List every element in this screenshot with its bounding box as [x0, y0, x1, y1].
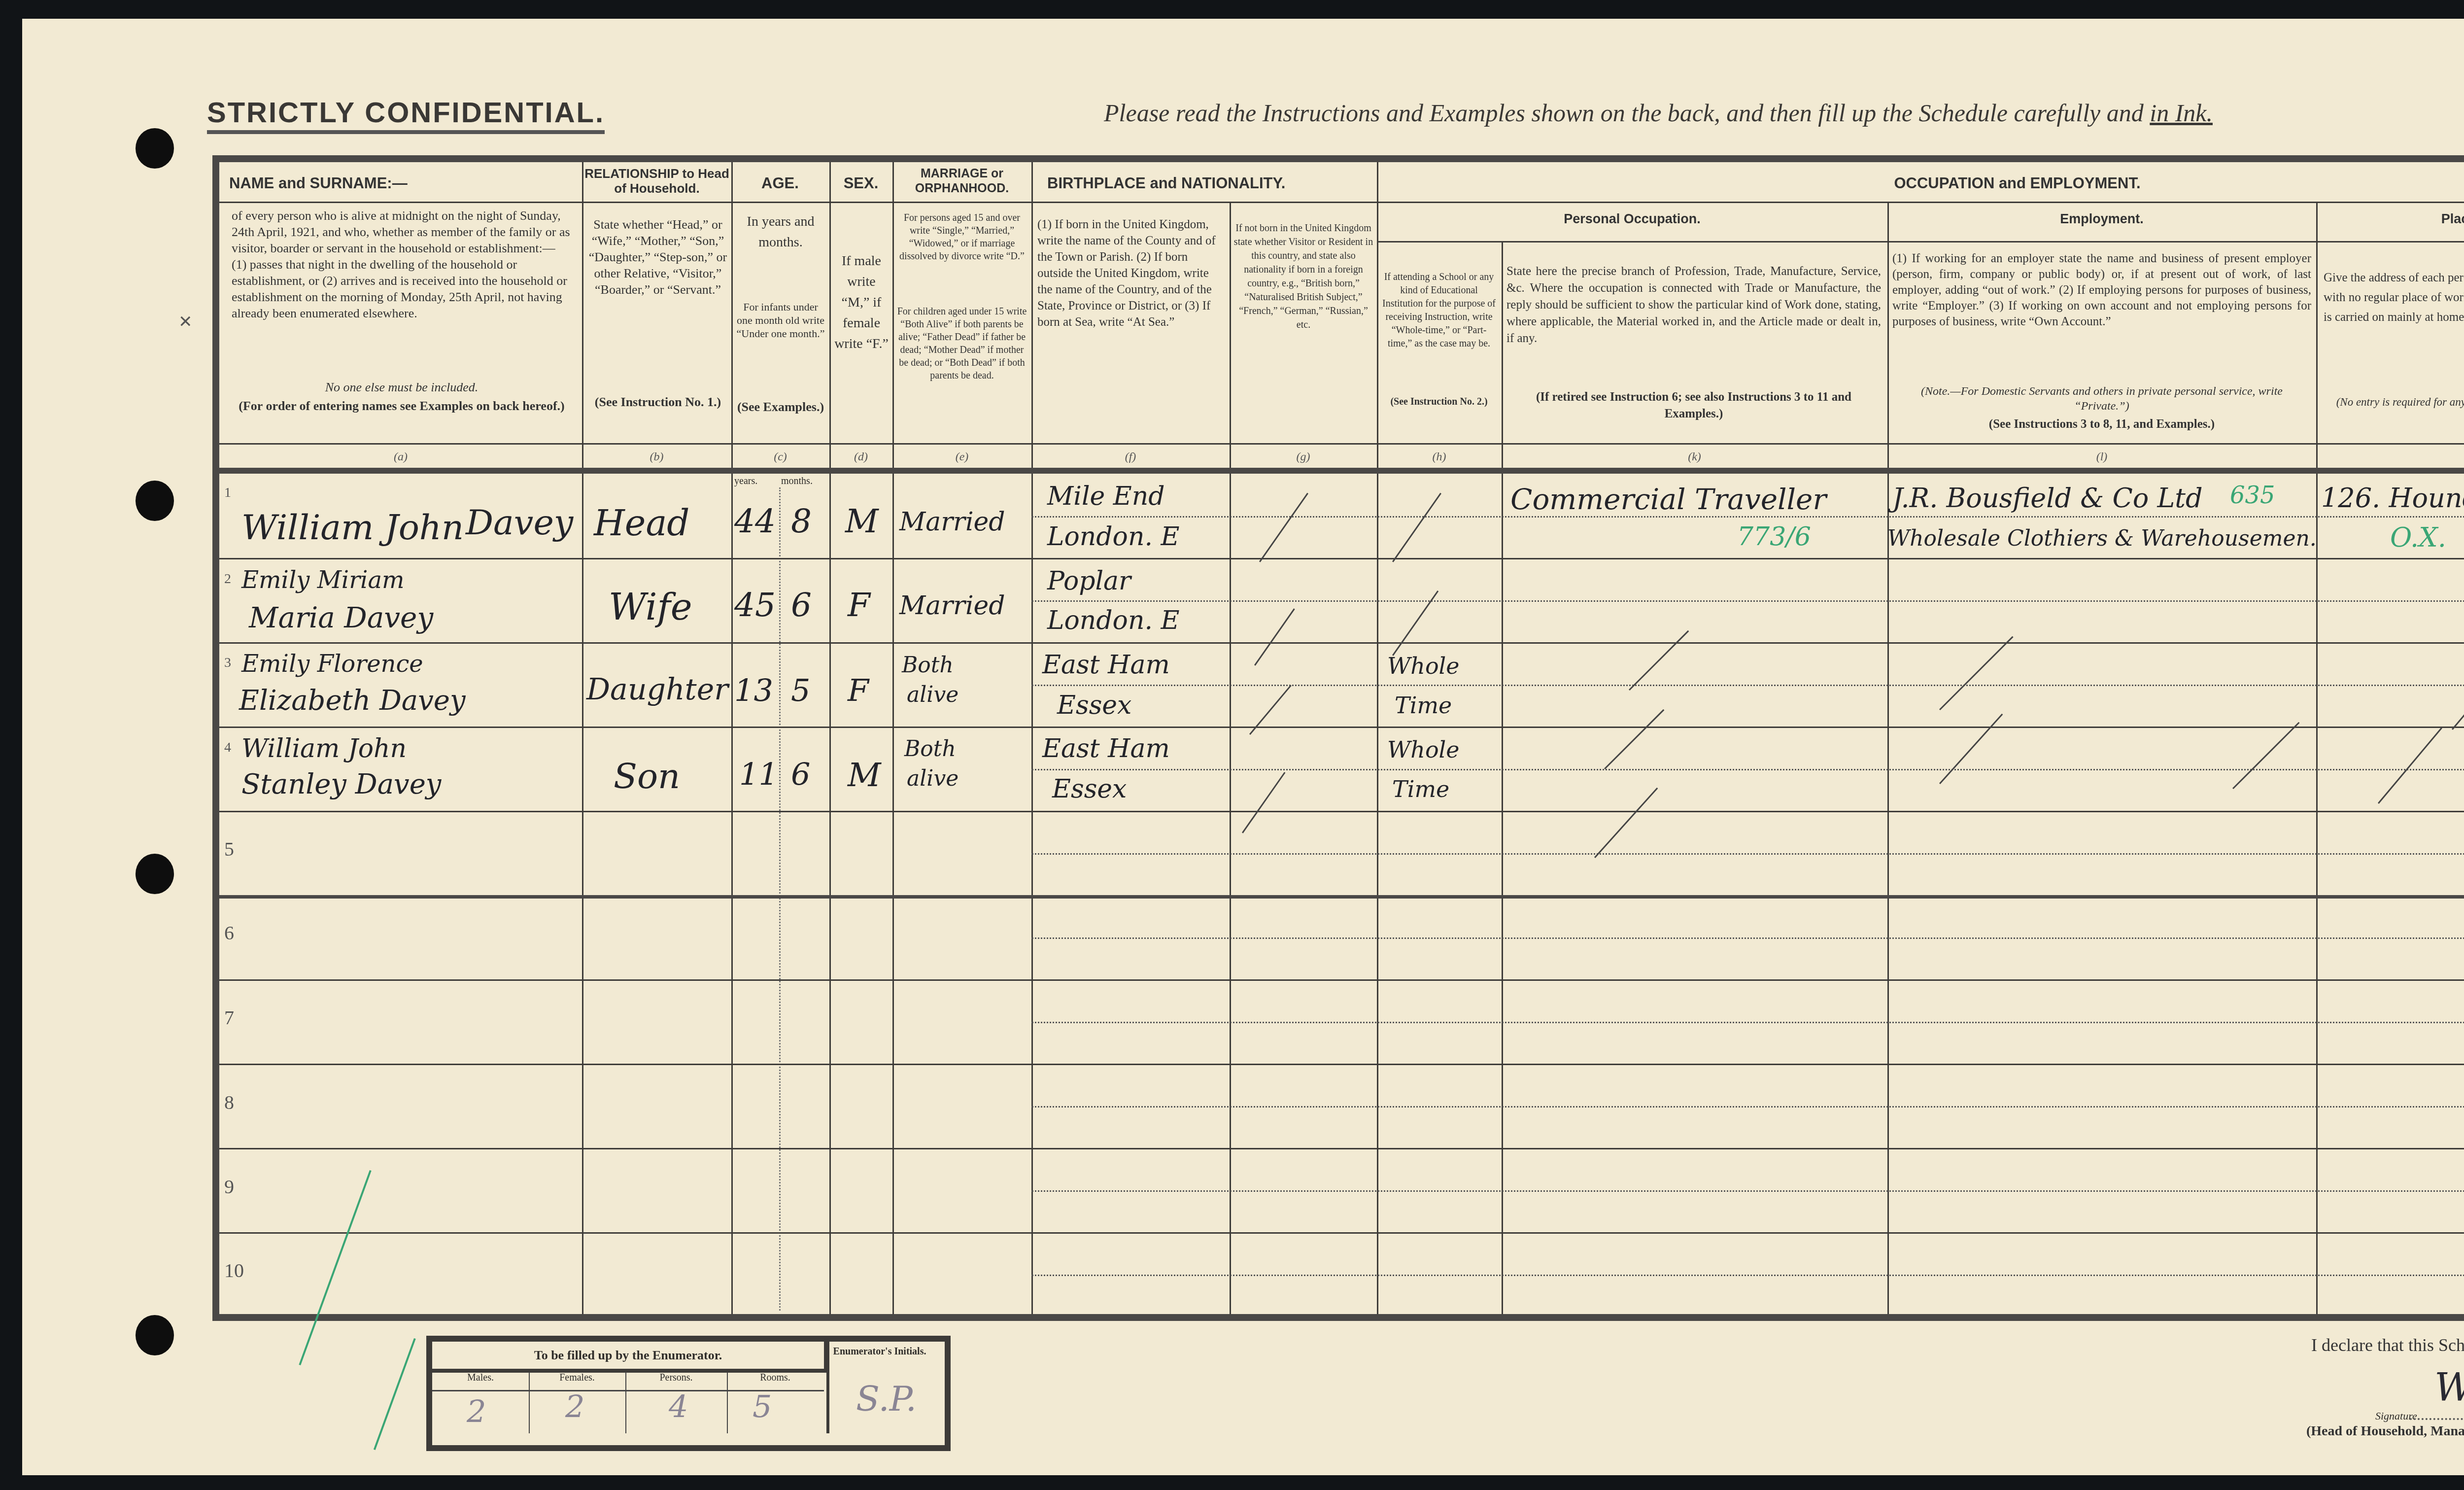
- col-divider: [1031, 162, 1033, 1314]
- col-divider: [892, 162, 894, 1314]
- signature: William John Davey: [2434, 1365, 2464, 1410]
- header-personal-occupation-body: State here the precise branch of Profess…: [1506, 263, 1881, 347]
- slash-mark-icon: [1392, 493, 1441, 562]
- col-divider: [1887, 202, 1889, 1314]
- instructions-text: Please read the Instructions and Example…: [1104, 99, 2150, 127]
- person-school-line2: Time: [1392, 776, 1449, 802]
- header-age-footer: (See Examples.): [734, 399, 827, 415]
- row-number: 7: [224, 1006, 234, 1029]
- person-age-months: 8: [791, 502, 812, 540]
- signature-note: (Head of Household, Manager of Establish…: [2306, 1423, 2464, 1439]
- persons-label: Persons.: [625, 1372, 727, 1384]
- person-birthplace-line1: East Ham: [1042, 734, 1170, 763]
- header-place-of-work-body: Give the address of each person’s place …: [2324, 268, 2464, 327]
- header-age-title: AGE.: [732, 174, 828, 192]
- half-row-divider: [1031, 685, 2464, 686]
- slash-mark-icon: [1242, 772, 1285, 833]
- person-sex: F: [848, 586, 870, 624]
- person-employer-line1: J.R. Bousfield & Co Ltd: [1892, 483, 2203, 514]
- header-marriage-body2: For children aged under 15 write “Both A…: [895, 305, 1028, 382]
- row-number: 9: [224, 1175, 234, 1198]
- slash-mark-icon: [1254, 608, 1295, 665]
- row-divider: [219, 727, 2464, 728]
- person-birthplace-line2: London. E: [1047, 606, 1179, 635]
- person-birthplace-line1: East Ham: [1042, 650, 1170, 680]
- person-sex: M: [845, 502, 879, 540]
- person-relationship: Head: [594, 502, 689, 544]
- col-label-g: (g): [1230, 450, 1377, 464]
- row-divider: [219, 979, 2464, 981]
- instructions-line: Please read the Instructions and Example…: [1104, 99, 2213, 127]
- enumerator-initials-value: S.P.: [856, 1379, 917, 1419]
- row-number: 3: [224, 655, 231, 671]
- header-divider: [219, 443, 2464, 445]
- col-divider: [1377, 162, 1378, 1314]
- row-number: 1: [224, 485, 231, 501]
- half-row-divider: [1031, 1022, 2464, 1023]
- males-value: 2: [467, 1393, 486, 1429]
- header-relationship-footer: (See Instruction No. 1.): [586, 394, 729, 410]
- enumerator-totals-box: To be filled up by the Enumerator. Enume…: [426, 1336, 951, 1451]
- green-scribble-mark-icon: [2459, 527, 2464, 542]
- row-number: 2: [224, 571, 231, 587]
- females-label: Females.: [529, 1372, 625, 1384]
- census-table: NAME and SURNAME:— RELATIONSHIP to Head …: [212, 155, 2464, 1321]
- person-age-months: 5: [791, 672, 810, 708]
- person-marriage-line2: alive: [907, 682, 958, 707]
- person-relationship: Wife: [609, 586, 692, 628]
- col-label-m: (m): [2316, 450, 2464, 464]
- header-sex-body: If male write “M,” if female write “F.”: [832, 251, 890, 354]
- slash-mark-icon: [1594, 788, 1658, 858]
- punch-hole-icon: [136, 854, 174, 894]
- person-surname: Davey: [466, 502, 573, 543]
- col-divider: [1502, 241, 1503, 1314]
- cross-mark-icon: ✕: [178, 312, 193, 332]
- col-divider: [582, 162, 583, 1314]
- enumerator-box-divider: [826, 1342, 829, 1433]
- half-row-divider: [1031, 1106, 2464, 1108]
- col-divider: [829, 162, 831, 1314]
- half-row-divider: [1031, 1190, 2464, 1192]
- header-nationality-body: If not born in the United Kingdom state …: [1233, 221, 1373, 332]
- occupation-code: 773/6: [1737, 522, 1811, 552]
- person-first-names: William John: [241, 507, 464, 548]
- row-number: 5: [224, 837, 234, 861]
- header-personal-occupation-footer: (If retired see Instruction 6; see also …: [1506, 389, 1881, 422]
- slash-mark-icon: [1939, 714, 2003, 784]
- person-sex: F: [848, 672, 869, 708]
- col-label-e: (e): [892, 450, 1031, 464]
- header-age-body: In years and months.: [734, 211, 827, 253]
- row-number: 8: [224, 1091, 234, 1114]
- row-divider: [219, 895, 2464, 899]
- slash-mark-icon: [1259, 493, 1308, 562]
- header-marriage-title: MARRIAGE or ORPHANHOOD.: [893, 166, 1030, 196]
- slash-mark-icon: [1939, 636, 2014, 711]
- age-years-label: years.: [734, 476, 757, 487]
- person-age-months: 6: [791, 586, 812, 624]
- header-employment-title: Employment.: [1887, 211, 2316, 227]
- col-label-f: (f): [1031, 450, 1230, 464]
- instructions-ink: in Ink.: [2150, 99, 2213, 127]
- person-place-of-work: 126. Houndsditch. E.C.: [2321, 483, 2464, 514]
- rooms-label: Rooms.: [727, 1372, 823, 1384]
- header-employment-note: (Note.—For Domestic Servants and others …: [1892, 384, 2311, 414]
- header-school-footer: (See Instruction No. 2.): [1380, 394, 1498, 410]
- header-marriage-body: For persons aged 15 and over write “Sing…: [895, 211, 1028, 263]
- person-age-years: 44: [734, 502, 776, 540]
- header-relationship-body: State whether “Head,” or “Wife,” “Mother…: [586, 216, 729, 298]
- row-divider: [219, 1148, 2464, 1149]
- header-name-note: No one else must be included.: [232, 379, 572, 395]
- col-label-d: (d): [829, 450, 892, 464]
- person-surname: Maria Davey: [249, 601, 433, 634]
- header-employment-body: (1) If working for an employer state the…: [1892, 251, 2311, 330]
- row-divider: [219, 1232, 2464, 1234]
- header-school-body: If attending a School or any kind of Edu…: [1380, 271, 1498, 350]
- place-code: O.X.: [2390, 522, 2446, 553]
- punch-hole-icon: [136, 1315, 174, 1355]
- col-label-c: (c): [731, 450, 829, 464]
- header-place-of-work-title: Place of Work.: [2316, 211, 2464, 227]
- header-place-of-work-note: (No entry is required for any person who…: [2324, 394, 2464, 410]
- age-months-label: months.: [781, 476, 813, 487]
- signature-line: [2410, 1418, 2464, 1420]
- males-label: Males.: [432, 1372, 529, 1384]
- header-birthplace-body: (1) If born in the United Kingdom, write…: [1037, 216, 1225, 330]
- row-number: 10: [224, 1259, 244, 1282]
- header-birthplace-title: BIRTHPLACE and NATIONALITY.: [1032, 174, 1387, 192]
- row-number: 4: [224, 740, 231, 756]
- person-surname: Elizabeth Davey: [239, 685, 466, 717]
- slash-mark-icon: [2378, 728, 2442, 804]
- row-number: 6: [224, 921, 234, 944]
- col-label-h: (h): [1377, 450, 1502, 464]
- females-value: 2: [565, 1388, 584, 1424]
- header-divider: [1031, 202, 2464, 203]
- header-name-title: NAME and SURNAME:—: [229, 174, 426, 192]
- person-relationship: Son: [614, 756, 680, 797]
- person-school-line1: Whole: [1387, 653, 1460, 679]
- person-relationship: Daughter: [586, 672, 728, 707]
- person-sex: M: [848, 756, 881, 794]
- person-school-line1: Whole: [1387, 736, 1460, 763]
- person-birthplace-line2: Essex: [1052, 774, 1127, 804]
- col-label-a: (a): [219, 450, 582, 464]
- col-label-k: (k): [1502, 450, 1887, 464]
- declaration-text: I declare that this Schedule is correctl…: [2311, 1335, 2464, 1355]
- half-row-divider: [1031, 516, 2464, 518]
- half-row-divider: [1031, 600, 2464, 602]
- row-divider: [219, 558, 2464, 559]
- person-birthplace-line1: Poplar: [1047, 566, 1131, 596]
- person-school-line2: Time: [1395, 692, 1452, 719]
- person-age-years: 45: [734, 586, 776, 624]
- person-birthplace-line2: Essex: [1057, 691, 1131, 720]
- punch-hole-icon: [136, 481, 174, 521]
- header-divider: [1377, 241, 2464, 243]
- row-divider: [219, 1064, 2464, 1065]
- age-dotted-divider: [779, 487, 781, 1311]
- slash-mark-icon: [2232, 722, 2299, 789]
- person-age-years: 13: [734, 672, 773, 708]
- enumerator-initials-label: Enumerator's Initials.: [826, 1342, 933, 1361]
- header-personal-occupation-title: Personal Occupation.: [1377, 211, 1887, 227]
- person-age-years: 11: [739, 756, 778, 792]
- person-marriage: Married: [899, 507, 1005, 537]
- person-birthplace-line2: London. E: [1047, 522, 1179, 552]
- person-marriage-line1: Both: [904, 736, 956, 762]
- row-divider: [219, 811, 2464, 812]
- header-age-note: For infants under one month old write “U…: [734, 300, 827, 340]
- employer-code: 635: [2230, 482, 2275, 509]
- header-divider: [219, 202, 1031, 203]
- header-name-footer: (For order of entering names see Example…: [232, 398, 572, 414]
- header-sex-title: SEX.: [830, 174, 891, 192]
- slash-mark-icon: [1629, 630, 1689, 691]
- signature-label: Signature: [2375, 1410, 2417, 1422]
- person-marriage-line2: alive: [907, 766, 958, 791]
- person-marriage: Married: [899, 591, 1005, 621]
- header-name-body: of every person who is alive at midnight…: [232, 208, 572, 321]
- col-label-l: (l): [1887, 450, 2316, 464]
- person-employer-line2: Wholesale Clothiers & Warehousemen.: [1887, 526, 2317, 551]
- half-row-divider: [1031, 853, 2464, 855]
- col-divider: [1230, 202, 1231, 1314]
- col-divider: [2316, 202, 2318, 1314]
- person-birthplace-line1: Mile End: [1047, 482, 1165, 511]
- person-age-months: 6: [791, 756, 810, 792]
- person-marriage-line1: Both: [902, 653, 954, 678]
- header-occupation-group-title: OCCUPATION and EMPLOYMENT.: [1377, 174, 2464, 192]
- header-employment-footer: (See Instructions 3 to 8, 11, and Exampl…: [1892, 416, 2311, 432]
- punch-hole-icon: [136, 128, 174, 169]
- person-first-names: Emily Miriam: [241, 566, 405, 594]
- header-bottom-rule: [219, 468, 2464, 474]
- col-label-b: (b): [582, 450, 731, 464]
- half-row-divider: [1031, 769, 2464, 770]
- half-row-divider: [1031, 1275, 2464, 1276]
- persons-value: 4: [669, 1388, 688, 1424]
- person-surname: Stanley Davey: [241, 768, 442, 800]
- person-first-names: Emily Florence: [241, 650, 423, 678]
- row-divider: [219, 642, 2464, 644]
- header-relationship-title: RELATIONSHIP to Head of Household.: [584, 166, 730, 196]
- person-occupation: Commercial Traveller: [1510, 483, 1826, 516]
- person-first-names: William John: [241, 734, 407, 763]
- enumerator-box-title: To be filled up by the Enumerator.: [432, 1342, 827, 1373]
- slash-mark-icon: [1604, 709, 1664, 769]
- half-row-divider: [1031, 937, 2464, 939]
- col-divider: [731, 162, 733, 1314]
- strictly-confidential-title: STRICTLY CONFIDENTIAL.: [207, 96, 605, 134]
- rooms-value: 5: [753, 1388, 772, 1424]
